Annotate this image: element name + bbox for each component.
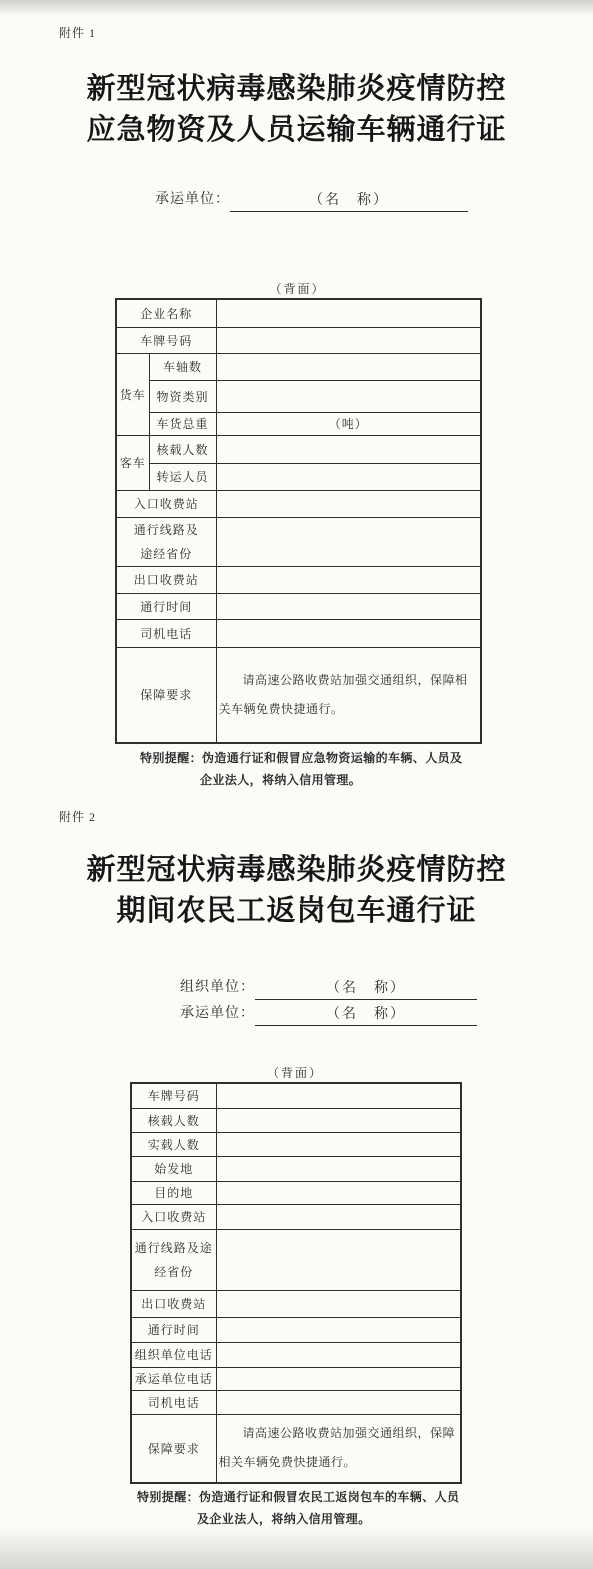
table-row: 通行时间 [131, 1317, 461, 1342]
table-row: 入口收费站 [116, 490, 481, 517]
attachment2-tag: 附件 2 [59, 808, 96, 825]
row-label-exit-toll: 出口收费站 [131, 1290, 216, 1317]
row-label-transferred-personnel: 转运人员 [149, 463, 216, 490]
row-value-plate-number [216, 1083, 461, 1108]
attachment1-title: 新型冠状病毒感染肺炎疫情防控 应急物资及人员运输车辆通行证 [0, 68, 593, 150]
table-row: 车货总重 （吨） [116, 412, 481, 435]
row-label-entrance-toll: 入口收费站 [131, 1204, 216, 1229]
carrier-unit-blank-line: （名 称） [230, 191, 468, 212]
row-label-transit-time: 通行时间 [116, 593, 216, 619]
row-value-exit-toll [216, 566, 481, 593]
row-label-driver-phone: 司机电话 [116, 619, 216, 647]
row-value-gross-weight-ton-unit: （吨） [216, 412, 481, 435]
row-value-route-provinces [216, 517, 481, 566]
row-label-company-name: 企业名称 [116, 299, 216, 327]
row-value-driver-phone [216, 619, 481, 647]
group-label-bus: 客车 [116, 435, 149, 490]
carrier-unit-label: 承运单位： [155, 190, 230, 212]
row-label-transit-time: 通行时间 [131, 1317, 216, 1342]
row-label-axle-count: 车轴数 [149, 353, 216, 380]
table-row: 组织单位电话 [131, 1342, 461, 1367]
attachment2-back-table: 车牌号码 核载人数 实载人数 始发地 目的地 入口收费站 [130, 1082, 462, 1484]
row-value-transit-time [216, 1317, 461, 1342]
row-value-organizer-phone [216, 1342, 461, 1367]
row-label-organizer-phone: 组织单位电话 [131, 1342, 216, 1367]
row-label-goods-category: 物资类别 [149, 380, 216, 412]
note-line1: 特别提醒：伪造通行证和假冒应急物资运输的车辆、人员及 [140, 747, 462, 769]
note-line2: 企业法人，将纳入信用管理。 [200, 769, 462, 791]
table-row: 车牌号码 [131, 1083, 461, 1108]
row-label-guarantee-requirement: 保障要求 [131, 1414, 216, 1483]
row-label-exit-toll: 出口收费站 [116, 566, 216, 593]
row-label-plate-number: 车牌号码 [116, 327, 216, 353]
note-line1: 特别提醒：伪造通行证和假冒农民工返岗包车的车辆、人员 [137, 1486, 459, 1508]
attachment2-title-line2: 期间农民工返岗包车通行证 [0, 890, 593, 931]
carrier-unit-label: 承运单位： [180, 1004, 255, 1026]
attachment1-title-line1: 新型冠状病毒感染肺炎疫情防控 [0, 68, 593, 109]
row-label-carrier-phone: 承运单位电话 [131, 1367, 216, 1390]
row-value-carrier-phone [216, 1367, 461, 1390]
row-value-guarantee-requirement: 请高速公路收费站加强交通组织，保障相关车辆免费快捷通行。 [216, 647, 481, 743]
row-label-plate-number: 车牌号码 [131, 1083, 216, 1108]
attachment1-note: 特别提醒：伪造通行证和假冒应急物资运输的车辆、人员及 企业法人，将纳入信用管理。 [140, 747, 462, 791]
row-value-entrance-toll [216, 1204, 461, 1229]
table-row: 转运人员 [116, 463, 481, 490]
scan-shadow-bottom [0, 1527, 593, 1569]
row-label-route-provinces: 通行线路及途 经省份 [131, 1229, 216, 1290]
attachment2-note: 特别提醒：伪造通行证和假冒农民工返岗包车的车辆、人员 及企业法人，将纳入信用管理… [137, 1486, 459, 1530]
row-value-origin [216, 1156, 461, 1181]
table-row: 通行线路及途 经省份 [131, 1229, 461, 1290]
row-value-transit-time [216, 593, 481, 619]
table-row: 物资类别 [116, 380, 481, 412]
note-line2: 及企业法人，将纳入信用管理。 [197, 1508, 459, 1530]
table-row: 通行时间 [116, 593, 481, 619]
row-label-driver-phone: 司机电话 [131, 1390, 216, 1414]
row-value-destination [216, 1181, 461, 1204]
table-row: 通行线路及 途经省份 [116, 517, 481, 566]
attachment1-tag: 附件 1 [59, 24, 96, 41]
row-value-plate-number [216, 327, 481, 353]
row-label-gross-weight: 车货总重 [149, 412, 216, 435]
row-label-approved-passengers: 核载人数 [149, 435, 216, 463]
row-label-route-provinces: 通行线路及 途经省份 [116, 517, 216, 566]
name-placeholder: （名 称） [309, 193, 389, 208]
row-value-actual-passengers [216, 1132, 461, 1156]
table-row: 司机电话 [131, 1390, 461, 1414]
organizing-unit-label: 组织单位： [180, 978, 255, 1000]
scan-shadow-top [0, 0, 593, 16]
table-row: 客车 核载人数 [116, 435, 481, 463]
row-value-transferred-personnel [216, 463, 481, 490]
row-value-axle-count [216, 353, 481, 380]
attachment2-back-label: （背面） [130, 1064, 460, 1081]
table-row: 入口收费站 [131, 1204, 461, 1229]
table-row: 出口收费站 [116, 566, 481, 593]
attachment2-title: 新型冠状病毒感染肺炎疫情防控 期间农民工返岗包车通行证 [0, 849, 593, 931]
row-value-entrance-toll [216, 490, 481, 517]
table-row: 货车 车轴数 [116, 353, 481, 380]
row-value-company-name [216, 299, 481, 327]
row-value-guarantee-requirement: 请高速公路收费站加强交通组织，保障相关车辆免费快捷通行。 [216, 1414, 461, 1483]
attachment2-unit-fields: 组织单位：（名 称） 承运单位：（名 称） [180, 978, 477, 1030]
attachment2-title-line1: 新型冠状病毒感染肺炎疫情防控 [0, 849, 593, 890]
table-row: 实载人数 [131, 1132, 461, 1156]
attachment1-carrier-field: 承运单位：（名 称） [155, 190, 468, 216]
row-value-exit-toll [216, 1290, 461, 1317]
table-row: 保障要求 请高速公路收费站加强交通组织，保障相关车辆免费快捷通行。 [131, 1414, 461, 1483]
row-label-approved-passengers: 核载人数 [131, 1108, 216, 1132]
row-label-origin: 始发地 [131, 1156, 216, 1181]
row-label-destination: 目的地 [131, 1181, 216, 1204]
row-label-actual-passengers: 实载人数 [131, 1132, 216, 1156]
table-row: 车牌号码 [116, 327, 481, 353]
table-row: 司机电话 [116, 619, 481, 647]
name-placeholder: （名 称） [326, 1007, 406, 1022]
row-value-approved-passengers [216, 435, 481, 463]
table-row: 目的地 [131, 1181, 461, 1204]
row-value-route-provinces [216, 1229, 461, 1290]
attachment1-title-line2: 应急物资及人员运输车辆通行证 [0, 109, 593, 150]
table-row: 核载人数 [131, 1108, 461, 1132]
name-placeholder: （名 称） [326, 981, 406, 996]
table-row: 保障要求 请高速公路收费站加强交通组织，保障相关车辆免费快捷通行。 [116, 647, 481, 743]
carrier-unit-blank-line: （名 称） [255, 1005, 477, 1026]
row-value-approved-passengers [216, 1108, 461, 1132]
group-label-truck: 货车 [116, 353, 149, 435]
table-row: 出口收费站 [131, 1290, 461, 1317]
row-label-guarantee-requirement: 保障要求 [116, 647, 216, 743]
row-label-entrance-toll: 入口收费站 [116, 490, 216, 517]
table-row: 企业名称 [116, 299, 481, 327]
document-page: 附件 1 新型冠状病毒感染肺炎疫情防控 应急物资及人员运输车辆通行证 承运单位：… [0, 0, 593, 1569]
attachment1-back-table: 企业名称 车牌号码 货车 车轴数 物资类别 车货总重 （吨） 客车 [115, 298, 482, 744]
table-row: 承运单位电话 [131, 1367, 461, 1390]
organizing-unit-blank-line: （名 称） [255, 979, 477, 1000]
attachment1-back-label: （背面） [115, 280, 480, 297]
table-row: 始发地 [131, 1156, 461, 1181]
row-value-goods-category [216, 380, 481, 412]
row-value-driver-phone [216, 1390, 461, 1414]
